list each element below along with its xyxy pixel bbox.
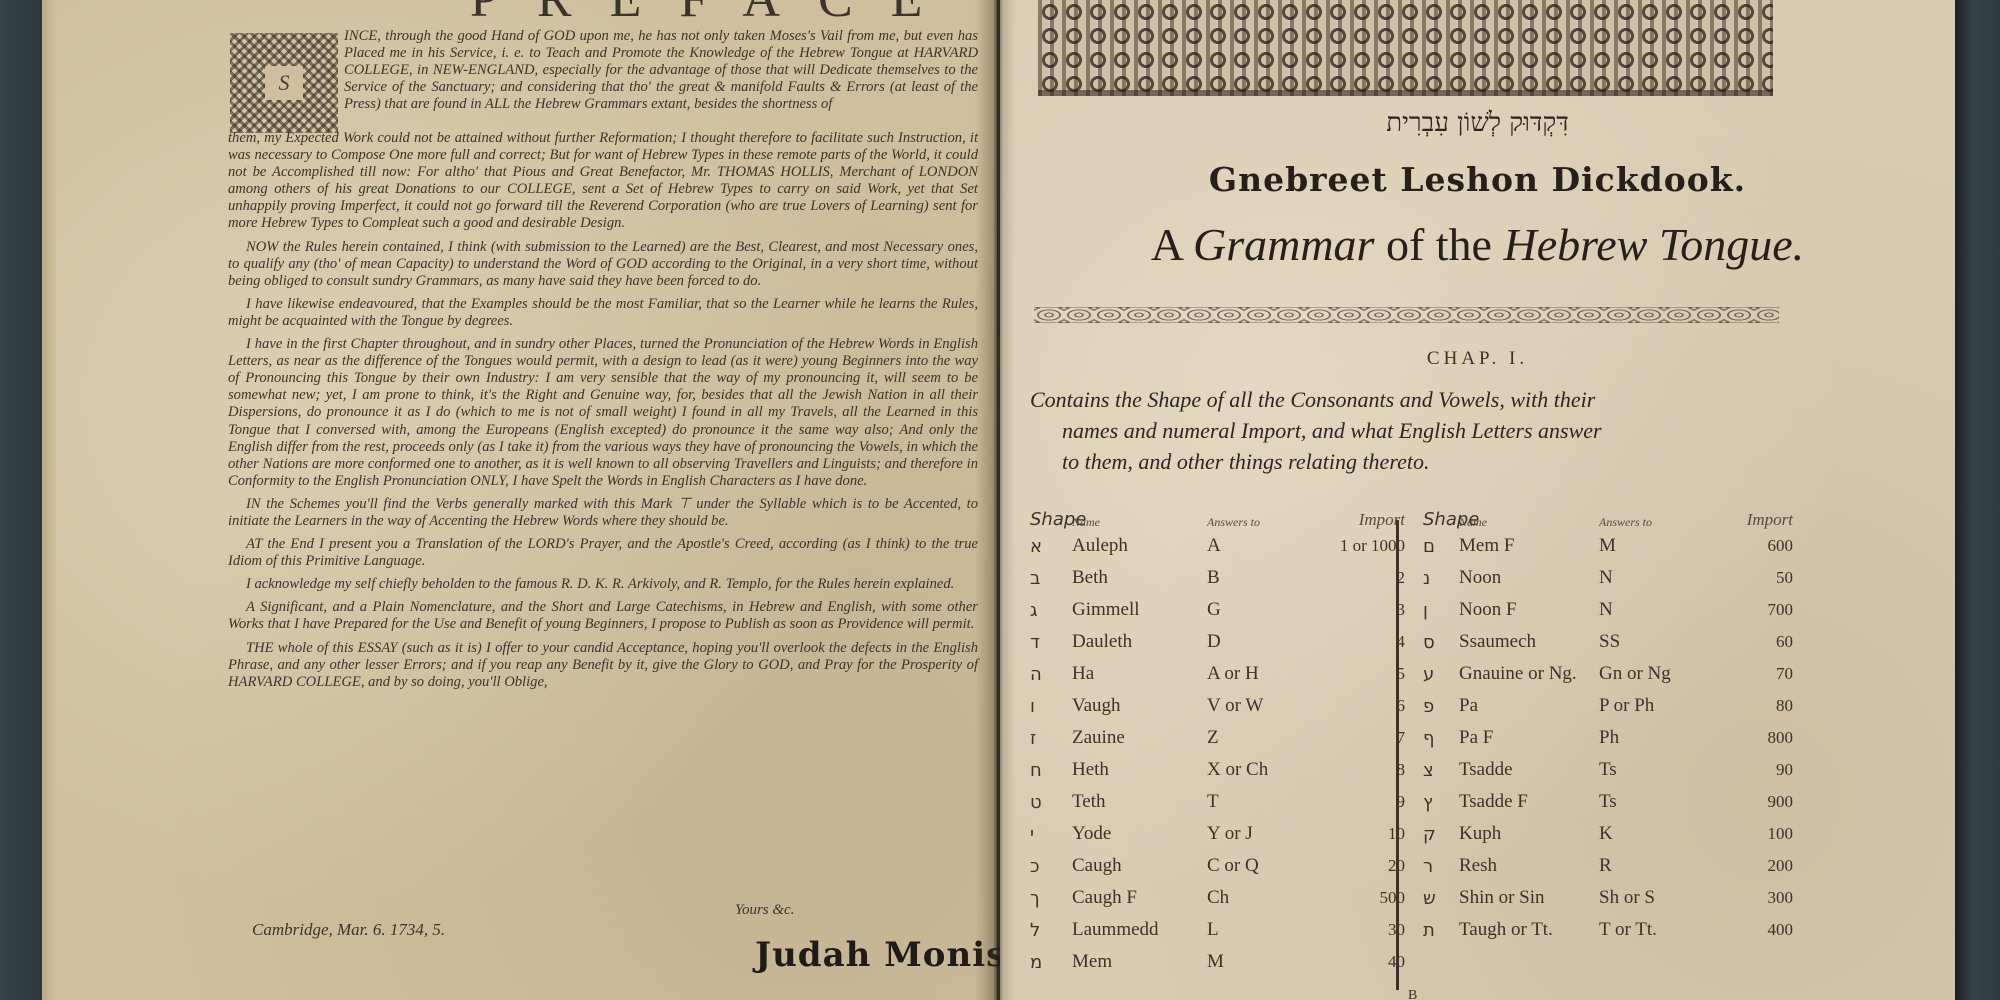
- letter-answers-to: Ts: [1599, 791, 1711, 813]
- header-shape: Shape: [1423, 509, 1459, 530]
- letter-numeric-import: 90: [1711, 760, 1793, 780]
- hebrew-letter-shape: נ: [1423, 568, 1459, 589]
- hebrew-letter-shape: כ: [1030, 856, 1072, 877]
- letter-numeric-import: 10: [1317, 824, 1405, 844]
- hebrew-letter-shape: ה: [1030, 664, 1072, 685]
- header-shape: Shape: [1030, 509, 1072, 530]
- header-name: Name: [1072, 515, 1207, 530]
- preface-paragraph: A Significant, and a Plain Nomenclature,…: [228, 599, 978, 633]
- letter-numeric-import: 700: [1711, 600, 1793, 620]
- letter-answers-to: Y or J: [1207, 823, 1317, 845]
- letter-name: Beth: [1072, 567, 1207, 589]
- letter-name: Yode: [1072, 823, 1207, 845]
- table-row: ס Ssaumech SS 60: [1423, 626, 1793, 658]
- letter-name: Ssaumech: [1459, 631, 1599, 653]
- table-row: ר Resh R 200: [1423, 850, 1793, 882]
- letter-answers-to: D: [1207, 631, 1317, 653]
- table-row: כ Caugh C or Q 20: [1030, 850, 1405, 882]
- letter-answers-to: K: [1599, 823, 1711, 845]
- preface-paragraph: I have likewise endeavoured, that the Ex…: [228, 296, 978, 330]
- header-answers-to: Answers to: [1207, 515, 1317, 530]
- hebrew-letter-shape: ך: [1030, 888, 1072, 909]
- letter-name: Gnauine or Ng.: [1459, 663, 1599, 685]
- preface-paragraph: INCE, through the good Hand of GOD upon …: [228, 28, 978, 130]
- letter-numeric-import: 9: [1317, 792, 1405, 812]
- hebrew-letter-shape: א: [1030, 536, 1072, 557]
- hebrew-letter-shape: פ: [1423, 696, 1459, 717]
- preface-paragraph: AT the End I present you a Translation o…: [228, 536, 978, 570]
- table-row: א Auleph A 1 or 1000: [1030, 530, 1405, 562]
- title-part: Hebrew Tongue.: [1503, 219, 1804, 270]
- closing-salutation: Yours &c.: [735, 902, 794, 919]
- header-name: Name: [1459, 515, 1599, 530]
- hebrew-letter-shape: י: [1030, 824, 1072, 845]
- letter-name: Kuph: [1459, 823, 1599, 845]
- hebrew-letter-shape: ר: [1423, 856, 1459, 877]
- table-row: צ Tsadde Ts 90: [1423, 754, 1793, 786]
- letter-answers-to: T or Tt.: [1599, 919, 1711, 941]
- table-row: ל Laummedd L 30: [1030, 914, 1405, 946]
- preface-paragraph: I have in the first Chapter throughout, …: [228, 336, 978, 490]
- preface-paragraph: THE whole of this ESSAY (such as it is) …: [228, 640, 978, 691]
- letter-name: Dauleth: [1072, 631, 1207, 653]
- letter-name: Vaugh: [1072, 695, 1207, 717]
- table-row: ע Gnauine or Ng. Gn or Ng 70: [1423, 658, 1793, 690]
- table-row: ב Beth B 2: [1030, 562, 1405, 594]
- table-row: ג Gimmell G 3: [1030, 594, 1405, 626]
- letter-numeric-import: 800: [1711, 728, 1793, 748]
- book-cover-right-edge: [1955, 0, 2000, 1000]
- letter-answers-to: L: [1207, 919, 1317, 941]
- preface-body: INCE, through the good Hand of GOD upon …: [228, 28, 978, 697]
- table-row: ה Ha A or H 5: [1030, 658, 1405, 690]
- letter-numeric-import: 60: [1711, 632, 1793, 652]
- letter-name: Auleph: [1072, 535, 1207, 557]
- hebrew-letter-shape: ו: [1030, 696, 1072, 717]
- table-row: ך Caugh F Ch 500: [1030, 882, 1405, 914]
- preface-paragraph: I acknowledge my self chiefly beholden t…: [228, 576, 978, 593]
- table-row: ש Shin or Sin Sh or S 300: [1423, 882, 1793, 914]
- table-row: מ Mem M 40: [1030, 946, 1405, 978]
- hebrew-letter-shape: ל: [1030, 920, 1072, 941]
- hebrew-letter-shape: מ: [1030, 952, 1072, 973]
- letter-answers-to: P or Ph: [1599, 695, 1711, 717]
- letter-name: Resh: [1459, 855, 1599, 877]
- signature-mark: B: [1408, 988, 1417, 1000]
- preface-heading: PREFACE: [470, 0, 960, 29]
- letter-name: Teth: [1072, 791, 1207, 813]
- hebrew-letter-shape: ן: [1423, 600, 1459, 621]
- letter-answers-to: Ts: [1599, 759, 1711, 781]
- letter-name: Laummedd: [1072, 919, 1207, 941]
- header-import: Import: [1317, 510, 1405, 530]
- letter-name: Heth: [1072, 759, 1207, 781]
- table-row: ם Mem F M 600: [1423, 530, 1793, 562]
- letter-numeric-import: 5: [1317, 664, 1405, 684]
- left-page-fore-edge: [42, 0, 56, 1000]
- letter-answers-to: R: [1599, 855, 1711, 877]
- letter-numeric-import: 80: [1711, 696, 1793, 716]
- letter-answers-to: M: [1207, 951, 1317, 973]
- table-row: נ Noon N 50: [1423, 562, 1793, 594]
- hebrew-letter-shape: ח: [1030, 760, 1072, 781]
- table-row: ו Vaugh V or W 6: [1030, 690, 1405, 722]
- main-title: A Grammar of the Hebrew Tongue.: [1000, 218, 1955, 271]
- letter-name: Ha: [1072, 663, 1207, 685]
- hebrew-letter-shape: ק: [1423, 824, 1459, 845]
- preface-paragraph: them, my Expected Work could not be atta…: [228, 130, 978, 233]
- table-row: ד Dauleth D 4: [1030, 626, 1405, 658]
- letter-numeric-import: 7: [1317, 728, 1405, 748]
- letter-name: Mem: [1072, 951, 1207, 973]
- letter-name: Pa: [1459, 695, 1599, 717]
- letter-name: Noon F: [1459, 599, 1599, 621]
- hebrew-letter-shape: ע: [1423, 664, 1459, 685]
- letter-name: Tsadde F: [1459, 791, 1599, 813]
- letter-answers-to: G: [1207, 599, 1317, 621]
- letter-answers-to: Ch: [1207, 887, 1317, 909]
- chapter-description-line: to them, and other things relating there…: [1030, 446, 1780, 477]
- letter-numeric-import: 200: [1711, 856, 1793, 876]
- hebrew-title: דִּקְדּוּק לְשׁוֹן עִבְרִית: [1000, 108, 1955, 138]
- letter-numeric-import: 70: [1711, 664, 1793, 684]
- letter-answers-to: A or H: [1207, 663, 1317, 685]
- letter-name: Taugh or Tt.: [1459, 919, 1599, 941]
- letter-name: Pa F: [1459, 727, 1599, 749]
- letter-answers-to: B: [1207, 567, 1317, 589]
- table-row: ז Zauine Z 7: [1030, 722, 1405, 754]
- chapter-description-line: names and numeral Import, and what Engli…: [1030, 415, 1780, 446]
- transliterated-title: Gnebreet Leshon Dickdook.: [1000, 160, 1955, 199]
- letter-name: Caugh: [1072, 855, 1207, 877]
- book-cover-left-edge: [0, 0, 42, 1000]
- letter-answers-to: N: [1599, 599, 1711, 621]
- letter-numeric-import: 400: [1711, 920, 1793, 940]
- letter-numeric-import: 3: [1317, 600, 1405, 620]
- letter-numeric-import: 30: [1317, 920, 1405, 940]
- hebrew-letter-shape: ד: [1030, 632, 1072, 653]
- letter-name: Caugh F: [1072, 887, 1207, 909]
- letter-name: Noon: [1459, 567, 1599, 589]
- alphabet-table-left: Shape Name Answers to Import א Auleph A …: [1030, 508, 1405, 978]
- letter-answers-to: V or W: [1207, 695, 1317, 717]
- preface-paragraph: IN the Schemes you'll find the Verbs gen…: [228, 496, 978, 530]
- letter-numeric-import: 50: [1711, 568, 1793, 588]
- letter-numeric-import: 2: [1317, 568, 1405, 588]
- hebrew-letter-shape: ץ: [1423, 792, 1459, 813]
- hebrew-letter-shape: ף: [1423, 728, 1459, 749]
- letter-answers-to: M: [1599, 535, 1711, 557]
- table-row: ף Pa F Ph 800: [1423, 722, 1793, 754]
- letter-numeric-import: 300: [1711, 888, 1793, 908]
- hebrew-letter-shape: ט: [1030, 792, 1072, 813]
- alphabet-table-right: Shape Name Answers to Import ם Mem F M 6…: [1405, 508, 1793, 978]
- table-row: ח Heth X or Ch 8: [1030, 754, 1405, 786]
- letter-answers-to: Ph: [1599, 727, 1711, 749]
- title-part: Grammar: [1193, 219, 1374, 270]
- letter-numeric-import: 40: [1317, 952, 1405, 972]
- ornamental-rule: [1034, 307, 1779, 323]
- letter-numeric-import: 900: [1711, 792, 1793, 812]
- letter-name: Zauine: [1072, 727, 1207, 749]
- hebrew-letter-shape: צ: [1423, 760, 1459, 781]
- table-row: פ Pa P or Ph 80: [1423, 690, 1793, 722]
- letter-numeric-import: 20: [1317, 856, 1405, 876]
- date-line: Cambridge, Mar. 6. 1734, 5.: [252, 920, 445, 940]
- hebrew-letter-shape: ש: [1423, 888, 1459, 909]
- preface-paragraph: NOW the Rules herein contained, I think …: [228, 239, 978, 290]
- table-header: Shape Name Answers to Import: [1030, 508, 1405, 530]
- ornamental-headpiece: [1038, 0, 1773, 96]
- header-import: Import: [1711, 510, 1793, 530]
- alphabet-table: Shape Name Answers to Import א Auleph A …: [1030, 508, 1780, 978]
- letter-numeric-import: 8: [1317, 760, 1405, 780]
- letter-answers-to: T: [1207, 791, 1317, 813]
- letter-answers-to: Gn or Ng: [1599, 663, 1711, 685]
- title-part: A: [1151, 219, 1193, 270]
- chapter-description-line: Contains the Shape of all the Consonants…: [1030, 384, 1780, 415]
- letter-name: Shin or Sin: [1459, 887, 1599, 909]
- letter-answers-to: SS: [1599, 631, 1711, 653]
- letter-numeric-import: 4: [1317, 632, 1405, 652]
- table-row: ן Noon F N 700: [1423, 594, 1793, 626]
- letter-answers-to: Sh or S: [1599, 887, 1711, 909]
- title-part: of the: [1374, 219, 1503, 270]
- table-row: י Yode Y or J 10: [1030, 818, 1405, 850]
- table-row: ק Kuph K 100: [1423, 818, 1793, 850]
- letter-numeric-import: 1 or 1000: [1317, 536, 1405, 556]
- book-gutter: [975, 0, 1015, 1000]
- table-header: Shape Name Answers to Import: [1423, 508, 1793, 530]
- hebrew-letter-shape: ז: [1030, 728, 1072, 749]
- letter-name: Mem F: [1459, 535, 1599, 557]
- letter-numeric-import: 6: [1317, 696, 1405, 716]
- table-row: ץ Tsadde F Ts 900: [1423, 786, 1793, 818]
- letter-name: Gimmell: [1072, 599, 1207, 621]
- table-row: ט Teth T 9: [1030, 786, 1405, 818]
- hebrew-letter-shape: ג: [1030, 600, 1072, 621]
- letter-name: Tsadde: [1459, 759, 1599, 781]
- hebrew-letter-shape: ם: [1423, 536, 1459, 557]
- letter-answers-to: N: [1599, 567, 1711, 589]
- hebrew-letter-shape: ת: [1423, 920, 1459, 941]
- letter-numeric-import: 500: [1317, 888, 1405, 908]
- header-answers-to: Answers to: [1599, 515, 1711, 530]
- hebrew-letter-shape: ס: [1423, 632, 1459, 653]
- letter-answers-to: A: [1207, 535, 1317, 557]
- letter-numeric-import: 600: [1711, 536, 1793, 556]
- table-row: ת Taugh or Tt. T or Tt. 400: [1423, 914, 1793, 946]
- letter-numeric-import: 100: [1711, 824, 1793, 844]
- hebrew-letter-shape: ב: [1030, 568, 1072, 589]
- letter-answers-to: X or Ch: [1207, 759, 1317, 781]
- chapter-heading: CHAP. I.: [1000, 348, 1955, 370]
- letter-answers-to: Z: [1207, 727, 1317, 749]
- letter-answers-to: C or Q: [1207, 855, 1317, 877]
- chapter-description: Contains the Shape of all the Consonants…: [1030, 384, 1780, 477]
